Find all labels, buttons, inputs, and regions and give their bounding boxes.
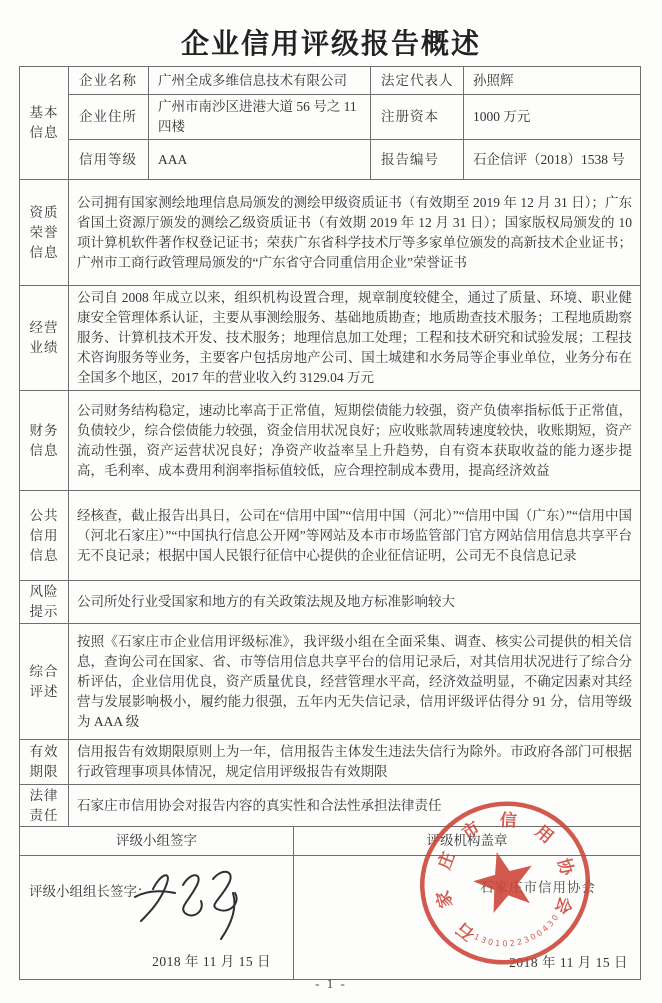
signature-column-header: 评级小组签字 — [20, 827, 294, 856]
svg-text:信: 信 — [499, 810, 517, 831]
svg-text:庄: 庄 — [434, 849, 459, 872]
table-row: 经营业绩 公司自 2008 年成立以来，组织机构设置合理，规章制度较健全，通过了… — [20, 286, 641, 391]
table-row: 企业住所 广州市南沙区进港大道 56 号之 11 四楼 注册资本 1000 万元 — [20, 95, 641, 140]
section-label-financial-info: 财务信息 — [20, 391, 69, 491]
svg-text:用: 用 — [532, 822, 557, 847]
section-label-validity-period: 有效期限 — [20, 740, 69, 785]
seal-code-number: 1301022300430 — [471, 910, 567, 958]
field-label-registered-capital: 注册资本 — [371, 95, 464, 140]
field-value-credit-rating: AAA — [149, 140, 371, 180]
section-text-validity-period: 信用报告有效期限原则上为一年，信用报告主体发生违法失信行为除外。市政府各部门可根… — [69, 740, 641, 785]
section-text-public-credit-info: 经核查，截止报告出具日，公司在“信用中国”“信用中国（河北）”“信用中国（广东）… — [69, 491, 641, 581]
section-label-legal-responsibility: 法律责任 — [20, 785, 69, 827]
table-row: 公共信用信息 经核查，截止报告出具日，公司在“信用中国”“信用中国（河北）”“信… — [20, 491, 641, 581]
seal-star-icon — [467, 844, 541, 916]
section-label-basic-info: 基本信息 — [20, 67, 69, 180]
handwritten-signature — [131, 861, 253, 945]
svg-text:家: 家 — [432, 889, 456, 911]
section-text-risk-warning: 公司所处行业受国家和地方的有关政策法规及地方标准影响较大 — [69, 581, 641, 624]
section-label-risk-warning: 风险提示 — [20, 581, 69, 624]
svg-text:协: 协 — [554, 856, 578, 879]
field-value-legal-representative: 孙照辉 — [464, 67, 641, 95]
field-value-report-number: 石企信评（2018）1538 号 — [464, 140, 641, 180]
field-value-company-name: 广州全成多维信息技术有限公司 — [149, 67, 371, 95]
table-row: 风险提示 公司所处行业受国家和地方的有关政策法规及地方标准影响较大 — [20, 581, 641, 624]
section-text-operating-performance: 公司自 2008 年成立以来，组织机构设置合理，规章制度较健全，通过了质量、环境… — [69, 286, 641, 391]
field-value-registered-capital: 1000 万元 — [464, 95, 641, 140]
table-row: 基本信息 企业名称 广州全成多维信息技术有限公司 法定代表人 孙照辉 — [20, 67, 641, 95]
section-label-comprehensive-review: 综合评述 — [20, 624, 69, 740]
table-row: 综合评述 按照《石家庄市企业信用评级标准》，我评级小组在全面采集、调查、核实公司… — [20, 624, 641, 740]
table-row: 资质荣誉信息 公司拥有国家测绘地理信息局颁发的测绘甲级资质证书（有效期至 201… — [20, 180, 641, 286]
field-label-report-number: 报告编号 — [371, 140, 464, 180]
signature-date: 2018 年 11 月 15 日 — [152, 952, 271, 972]
svg-text:市: 市 — [458, 817, 483, 843]
team-leader-signature-cell: 评级小组组长签字： 2018 年 11 月 15 日 — [20, 856, 294, 980]
field-label-company-name: 企业名称 — [69, 67, 149, 95]
section-text-comprehensive-review: 按照《石家庄市企业信用评级标准》，我评级小组在全面采集、调查、核实公司提供的相关… — [69, 624, 641, 740]
page-title: 企业信用评级报告概述 — [0, 22, 662, 62]
report-page: 企业信用评级报告概述 基本信息 企业名称 广州全成多维信息技术有限公司 法定代表… — [0, 0, 662, 1003]
field-label-legal-representative: 法定代表人 — [371, 67, 464, 95]
official-red-seal: 石 家 庄 市 信 用 协 会 1301022300430 — [417, 799, 593, 967]
section-text-qualification-honor: 公司拥有国家测绘地理信息局颁发的测绘甲级资质证书（有效期至 2019 年 12 … — [69, 180, 641, 286]
section-label-qualification-honor: 资质荣誉信息 — [20, 180, 69, 286]
field-label-company-address: 企业住所 — [69, 95, 149, 140]
section-text-financial-info: 公司财务结构稳定，速动比率高于正常值，短期偿债能力较强，资产负债率指标低于正常值… — [69, 391, 641, 491]
section-label-public-credit-info: 公共信用信息 — [20, 491, 69, 581]
table-row: 有效期限 信用报告有效期限原则上为一年，信用报告主体发生违法失信行为除外。市政府… — [20, 740, 641, 785]
field-label-credit-rating: 信用等级 — [69, 140, 149, 180]
page-number: - 1 - — [0, 976, 662, 992]
table-row: 信用等级 AAA 报告编号 石企信评（2018）1538 号 — [20, 140, 641, 180]
field-value-company-address: 广州市南沙区进港大道 56 号之 11 四楼 — [149, 95, 371, 140]
section-label-operating-performance: 经营业绩 — [20, 286, 69, 391]
table-row: 财务信息 公司财务结构稳定，速动比率高于正常值，短期偿债能力较强，资产负债率指标… — [20, 391, 641, 491]
